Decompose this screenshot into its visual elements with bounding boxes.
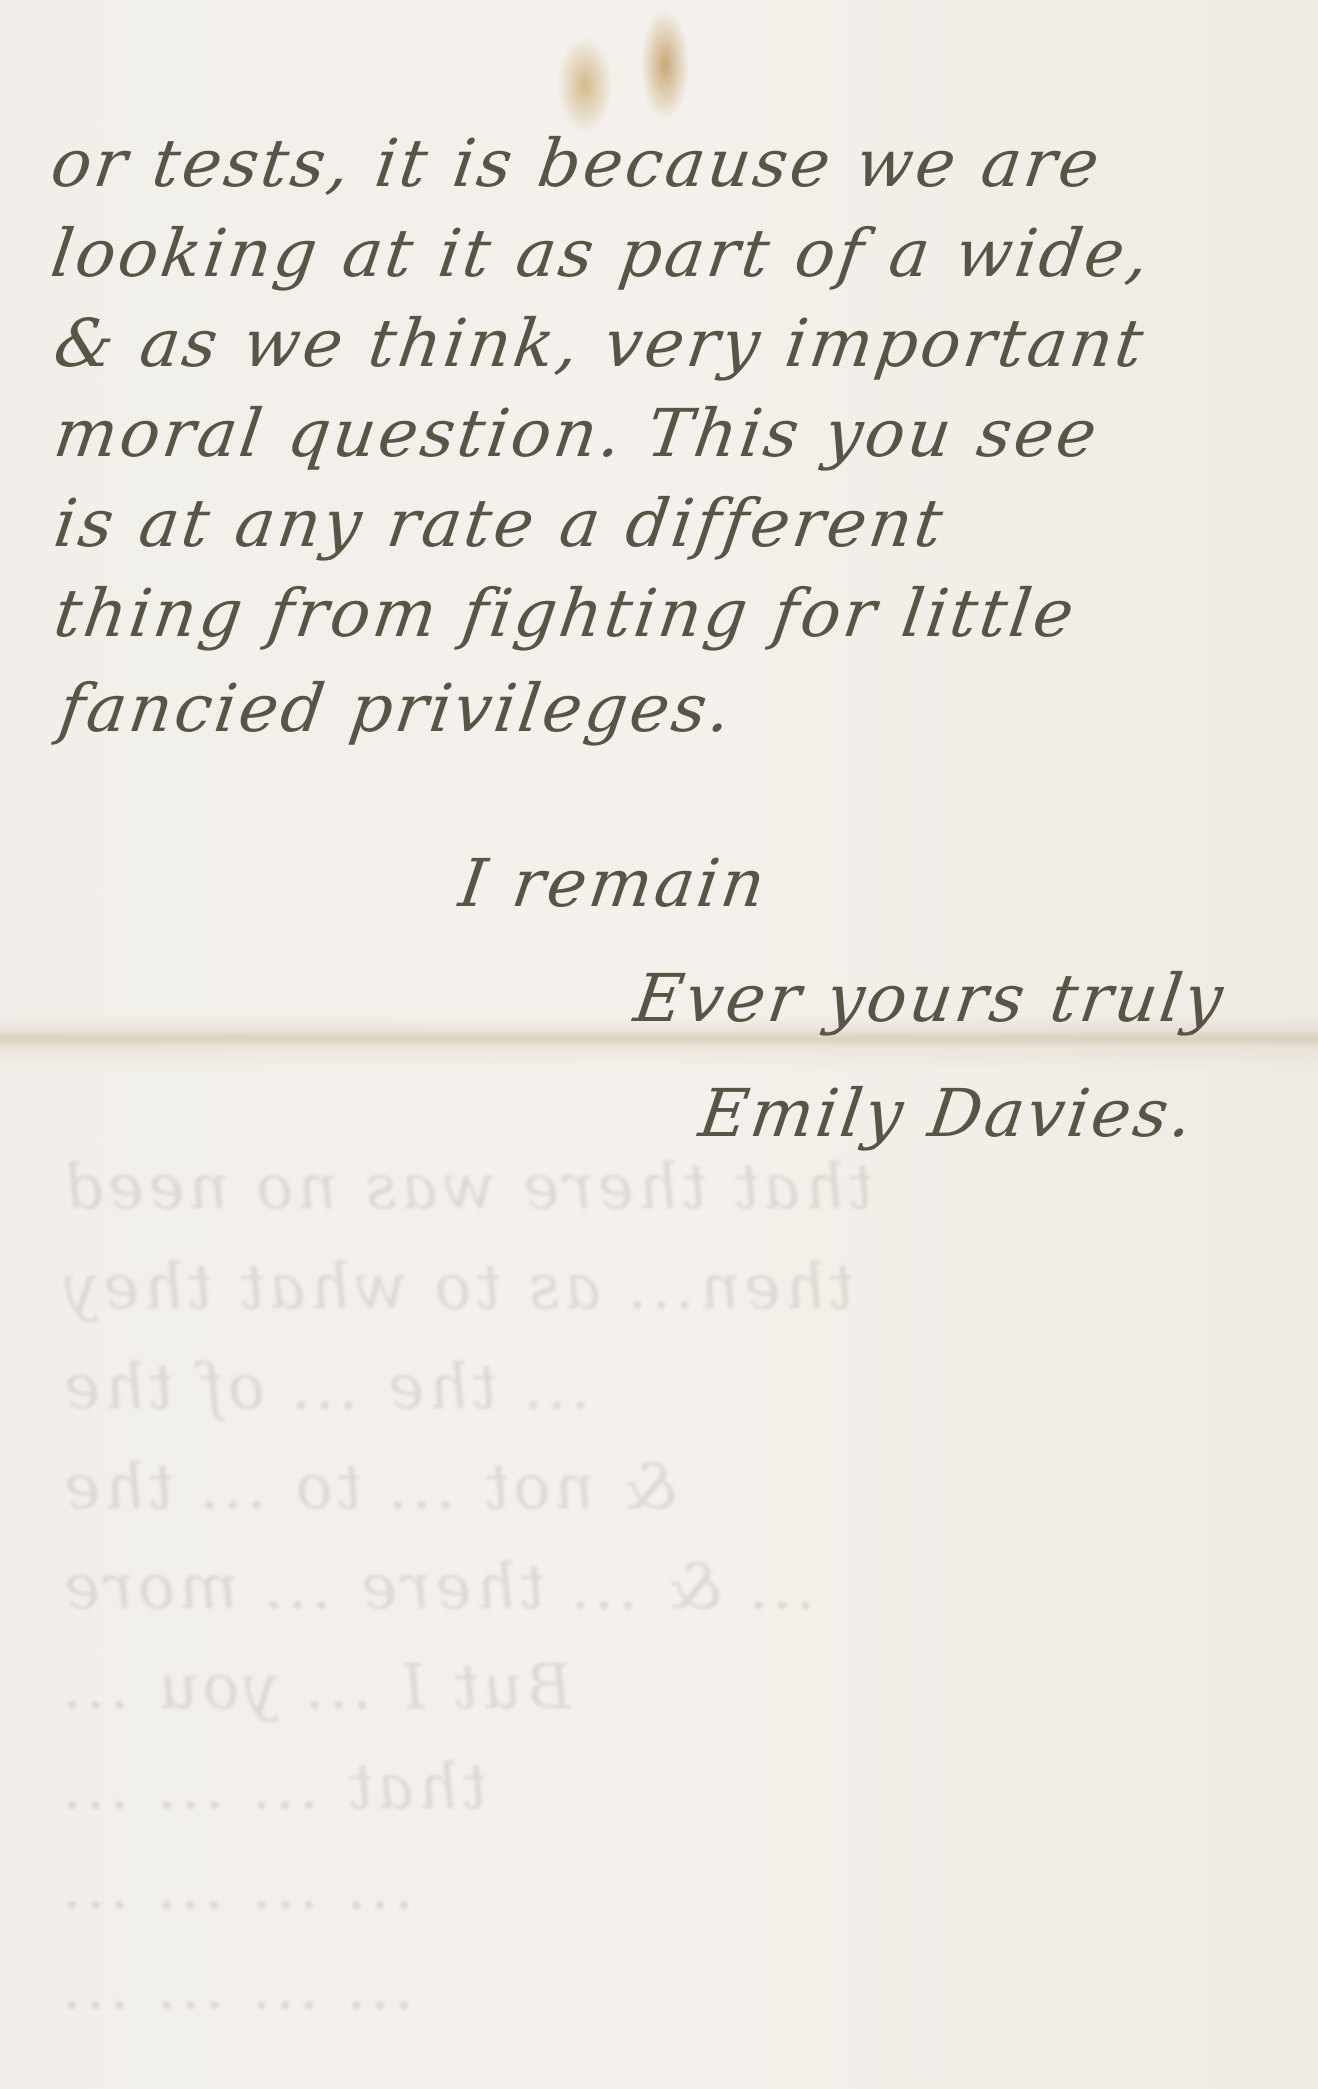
bleed-through-line: ... ... ... ... <box>56 1950 419 2023</box>
letter-page: that there was no need then... as to wha… <box>0 0 1318 2089</box>
letter-body-line: or tests, it is because we are <box>47 125 1107 202</box>
letter-body-line: is at any rate a different <box>50 485 950 562</box>
letter-body-line: & as we think, very important <box>50 305 1151 382</box>
letter-closing: I remain <box>455 845 773 922</box>
bleed-through-line: that there was no need <box>56 1150 877 1223</box>
bleed-through-line: But I ... you ... <box>56 1650 576 1723</box>
bleed-through-line: ... & ... there ... more <box>56 1550 821 1623</box>
bleed-through-line: & not ... to ... the <box>56 1450 682 1523</box>
bleed-through-line: ... ... ... ... <box>56 1850 419 1923</box>
letter-body-line: thing from fighting for little <box>50 575 1082 652</box>
letter-body-line: looking at it as part of a wide, <box>47 215 1157 292</box>
bleed-through-line: then... as to what they <box>56 1250 858 1323</box>
bleed-through-line: ... the ... of the <box>56 1350 596 1423</box>
letter-body-line: moral question. This you see <box>50 395 1105 472</box>
letter-valediction: Ever yours truly <box>630 960 1231 1037</box>
bleed-through-line: that ... ... ... <box>56 1750 491 1823</box>
letter-body-line: fancied privileges. <box>55 670 739 747</box>
letter-signature: Emily Davies. <box>695 1075 1201 1152</box>
